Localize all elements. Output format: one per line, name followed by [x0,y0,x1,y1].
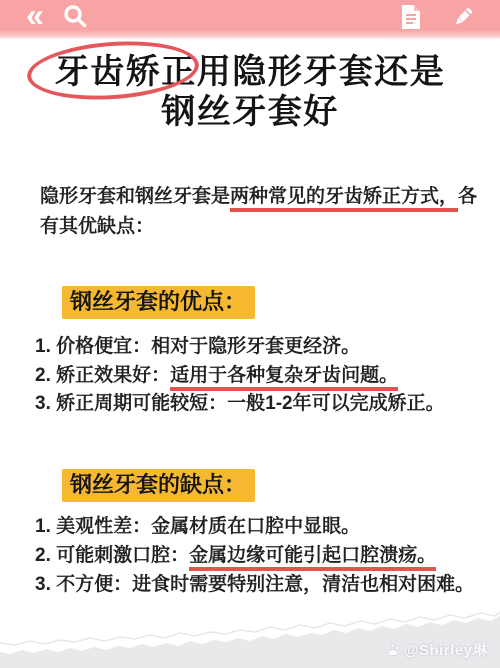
page-title: 牙齿矫正用隐形牙套还是 钢丝牙套好 [0,52,500,132]
watermark: @Shirley琳 [385,639,488,660]
item-underlined: 适用于各种复杂牙齿问题。 [170,365,398,391]
list-item: 3. 矫正周期可能较短：一般1-2年可以完成矫正。 [35,390,482,419]
pros-heading: 钢丝牙套的优点： [62,286,255,319]
note-page: « [0,0,500,668]
title-line-1: 牙齿矫正用隐形牙套还是 [55,53,446,91]
item-pre: 2. 可能刺激口腔： [35,545,189,566]
list-item: 1. 价格便宜：相对于隐形牙套更经济。 [35,333,482,362]
intro-paragraph: 隐形牙套和钢丝牙套是两种常见的牙齿矫正方式，各有其优缺点： [40,182,480,242]
title-block: 牙齿矫正用隐形牙套还是 钢丝牙套好 [0,40,500,132]
list-item: 1. 美观性差：金属材质在口腔中显眼。 [35,512,482,541]
pros-list: 1. 价格便宜：相对于隐形牙套更经济。 2. 矫正效果好：适用于各种复杂牙齿问题… [35,333,482,419]
list-item: 3. 不方便：进食时需要特别注意，清洁也相对困难。 [35,570,482,599]
item-pre: 2. 矫正效果好： [35,365,170,386]
list-item: 2. 可能刺激口腔：金属边缘可能引起口腔溃疡。 [35,541,482,570]
top-bar: « [0,0,500,40]
search-icon[interactable] [62,4,89,30]
title-line-2: 钢丝牙套好 [161,93,339,131]
intro-pre: 隐形牙套和钢丝牙套是 [40,186,230,207]
pencil-icon[interactable] [450,4,476,30]
list-item: 2. 矫正效果好：适用于各种复杂牙齿问题。 [35,362,482,391]
cons-list: 1. 美观性差：金属材质在口腔中显眼。 2. 可能刺激口腔：金属边缘可能引起口腔… [35,512,482,599]
note-content: 牙齿矫正用隐形牙套还是 钢丝牙套好 隐形牙套和钢丝牙套是两种常见的牙齿矫正方式，… [0,0,500,599]
item-underlined: 金属边缘可能引起口腔溃疡。 [189,545,436,571]
intro-underlined: 两种常见的牙齿矫正方式， [230,186,458,212]
watermark-text: @Shirley琳 [404,639,488,660]
cons-heading: 钢丝牙套的缺点： [62,469,255,502]
document-icon[interactable] [400,4,422,30]
paw-icon [385,642,401,658]
pros-section: 钢丝牙套的优点： 1. 价格便宜：相对于隐形牙套更经济。 2. 矫正效果好：适用… [0,286,500,419]
cons-section: 钢丝牙套的缺点： 1. 美观性差：金属材质在口腔中显眼。 2. 可能刺激口腔：金… [0,469,500,599]
back-icon[interactable]: « [26,0,44,31]
